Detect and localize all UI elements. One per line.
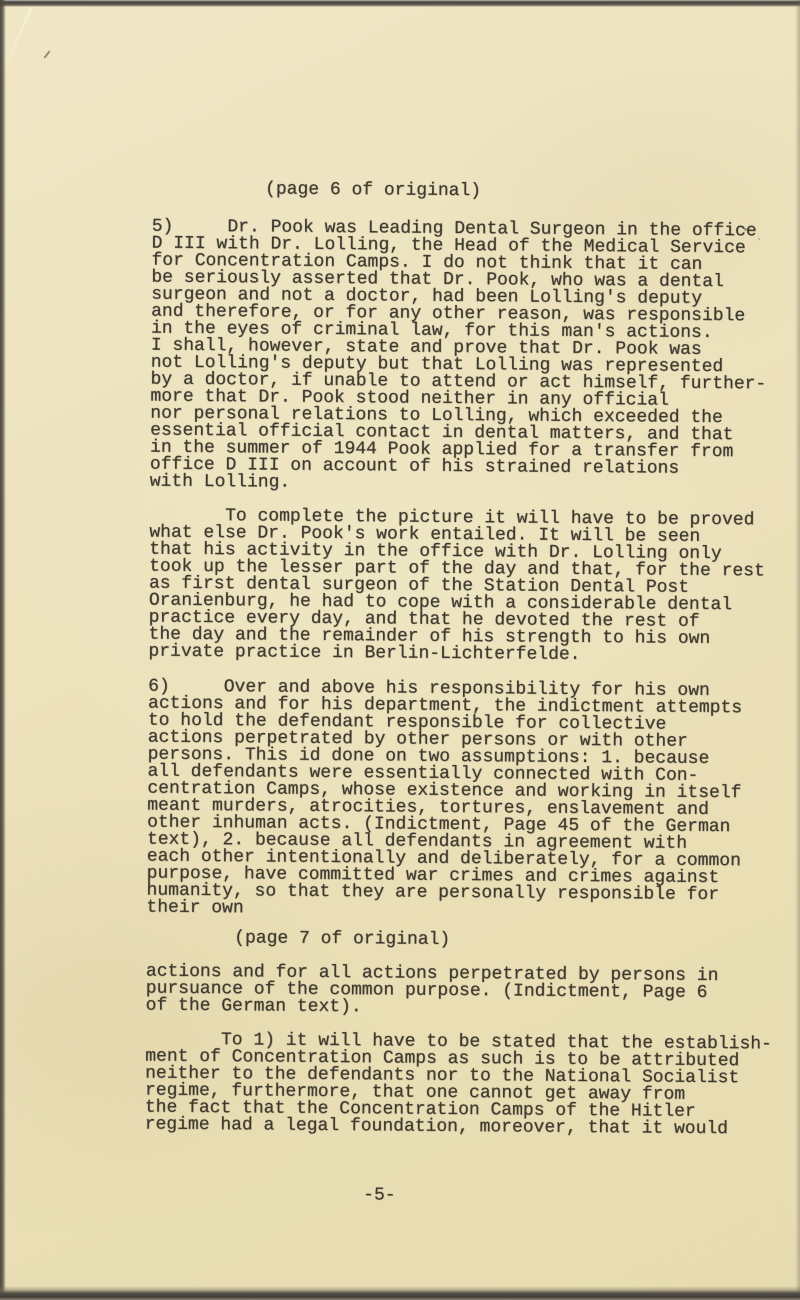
scan-edge-bottom: [0, 1286, 800, 1300]
paragraph-point-6: 6) Over and above his responsibility for…: [146, 679, 742, 922]
scan-edge-right: [795, 0, 800, 1300]
scanned-page: (page 6 of original) 5) Dr. Pook was Lea…: [0, 0, 800, 1300]
paragraph-common-purpose: actions and for all actions perpetrated …: [146, 964, 719, 1019]
page-6-reference-heading: (page 6 of original): [265, 182, 481, 201]
page-7-reference-heading: (page 7 of original): [234, 930, 450, 949]
document-text: (page 6 of original) 5) Dr. Pook was Lea…: [0, 0, 800, 1300]
scan-edge-top: [0, 0, 800, 7]
paragraph-point-5: 5) Dr. Pook was Leading Dental Surgeon i…: [150, 219, 768, 496]
paragraph-pook-workload: To complete the picture it will have to …: [148, 508, 765, 666]
paragraph-to-point-1: To 1) it will have to be stated that the…: [145, 1032, 772, 1139]
scan-edge-left: [0, 0, 6, 1300]
page-number-footer: -5-: [363, 1187, 396, 1204]
